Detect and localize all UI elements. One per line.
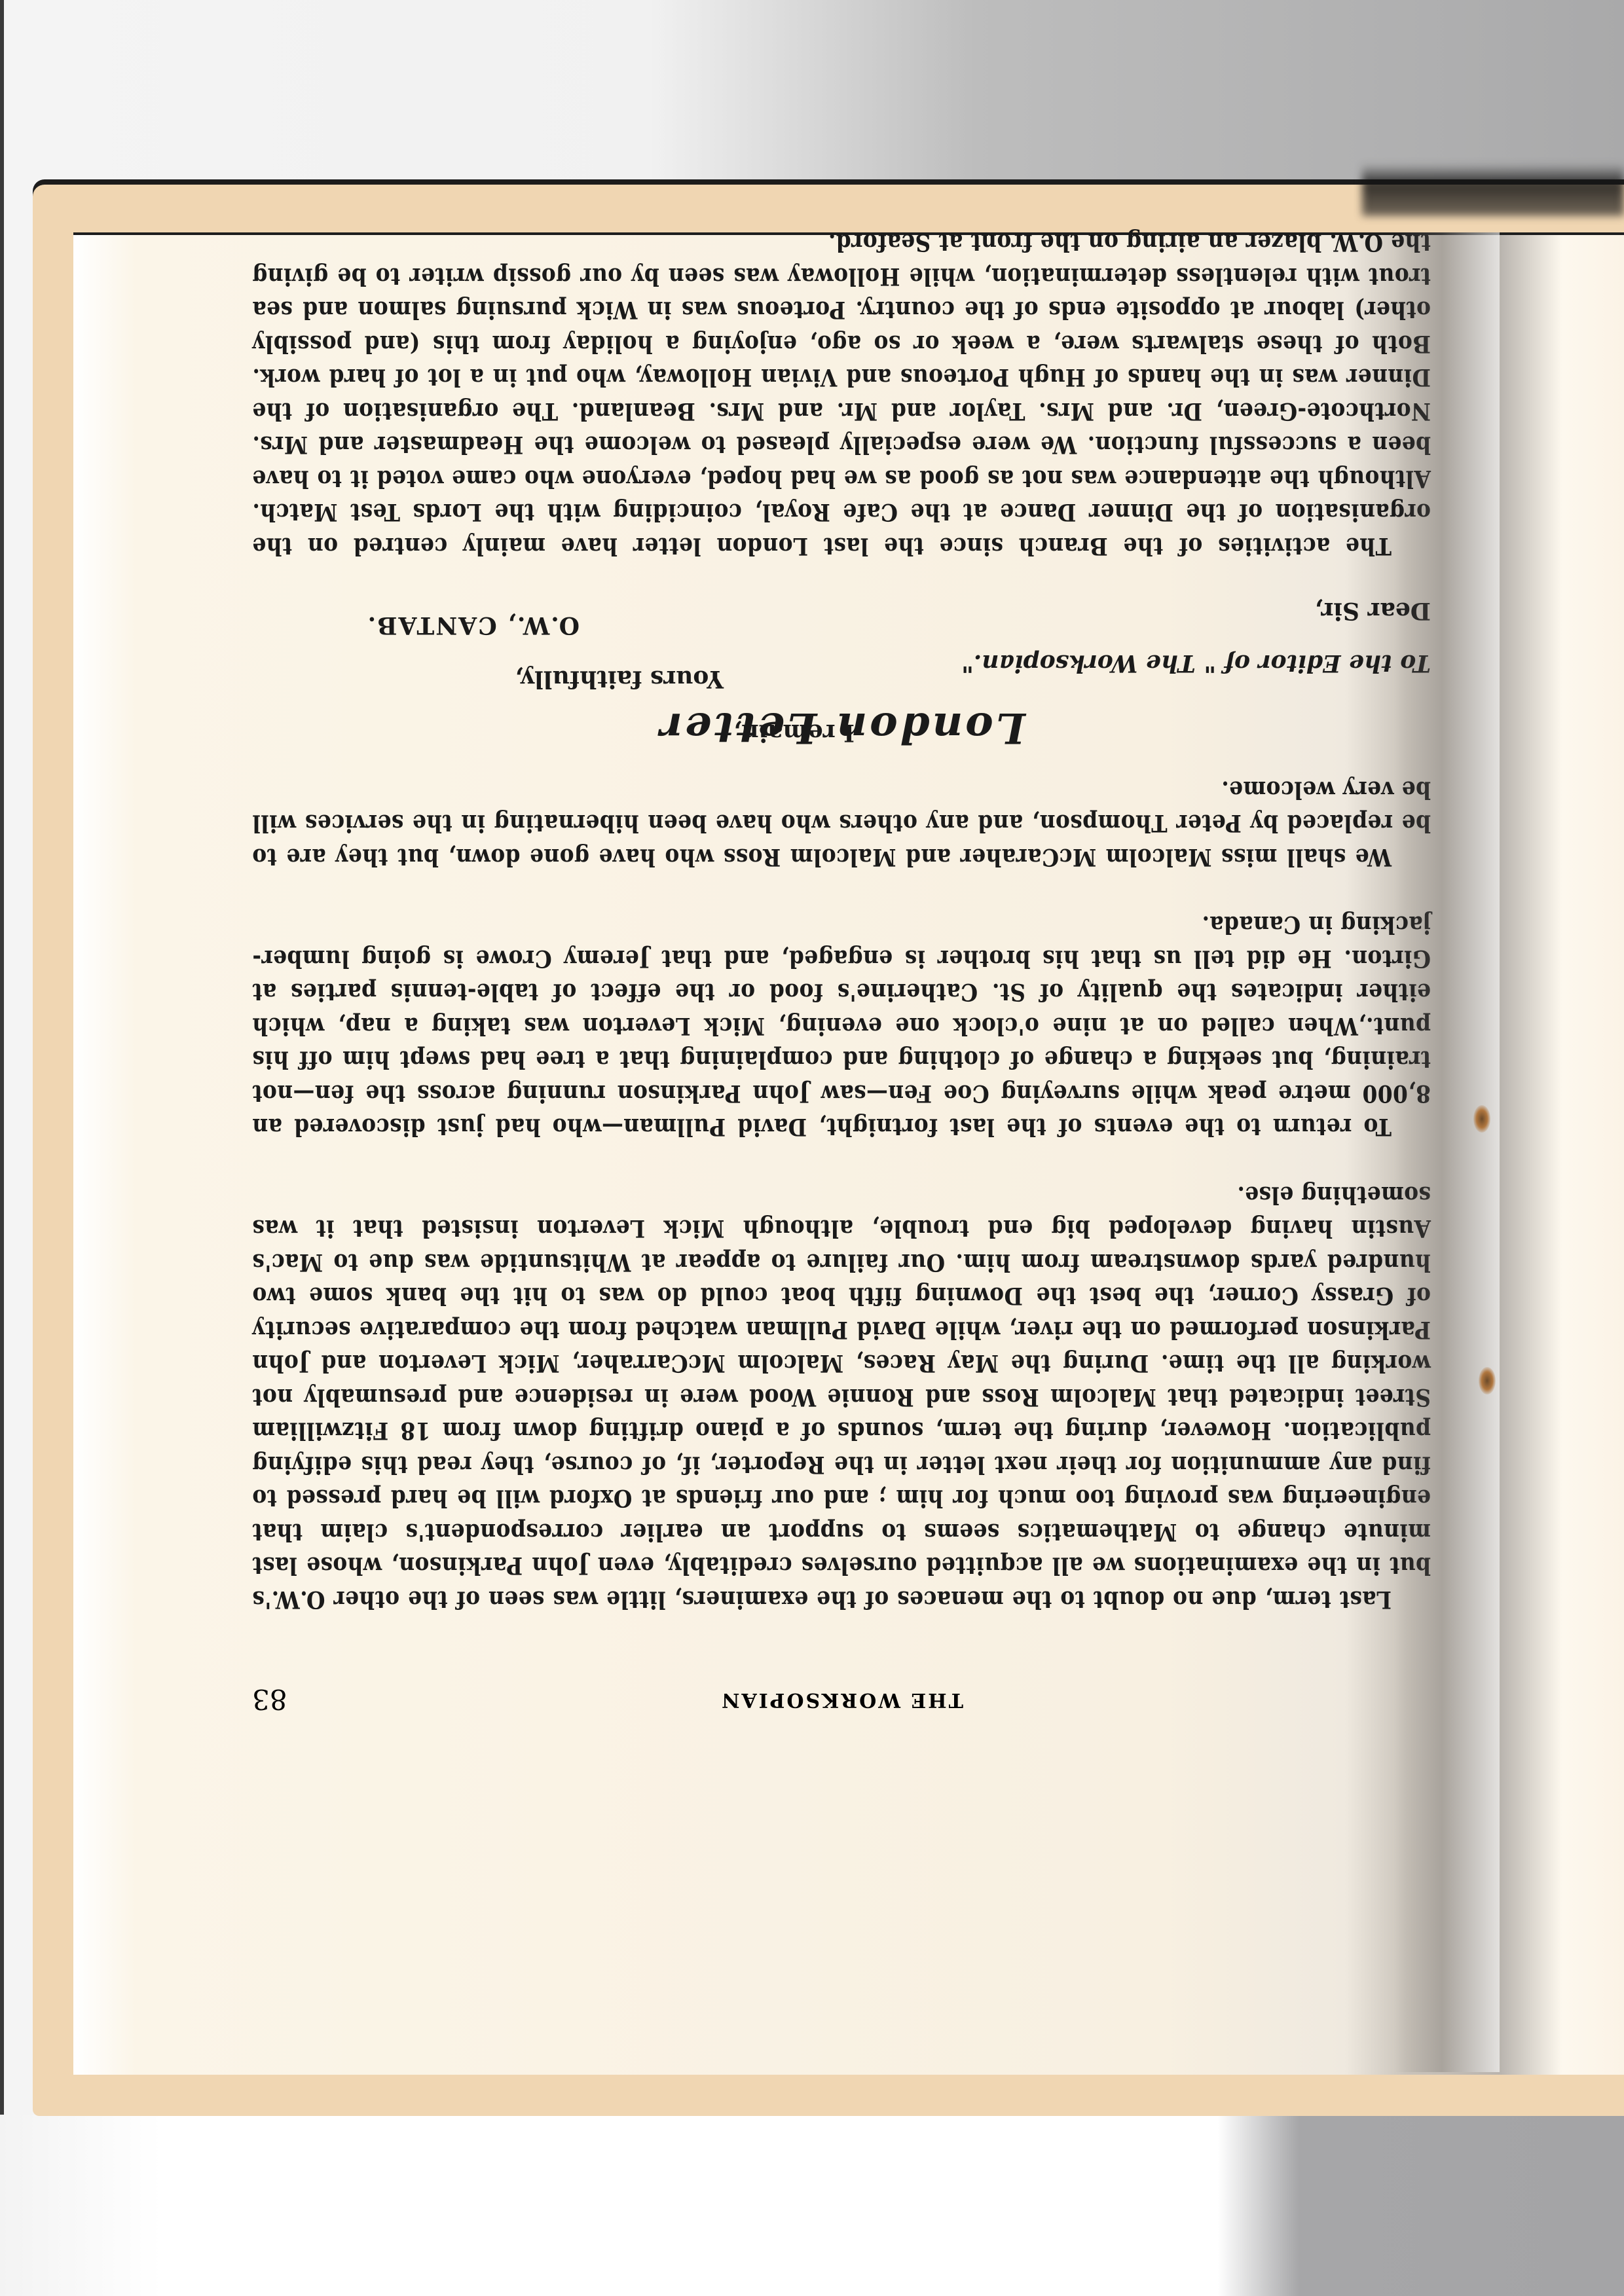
running-head: THE WORKSOPIAN 83	[252, 1672, 1431, 1711]
london-letter: London Letter To the Editor of " The Wor…	[252, 226, 1431, 752]
running-title: THE WORKSOPIAN	[720, 1688, 963, 1711]
spine-shadow	[1362, 164, 1624, 216]
page-number: 83	[252, 1683, 287, 1715]
book-page: THE WORKSOPIAN 83 Last term, due no doub…	[73, 232, 1624, 2075]
foxing-stain	[1473, 1105, 1490, 1133]
paragraph: We shall miss Malcolm McCaraher and Malc…	[252, 773, 1431, 875]
letter-salutation: Dear Sir,	[252, 597, 1431, 625]
letter-title: London Letter	[252, 703, 1431, 752]
foxing-stain	[1479, 1367, 1496, 1394]
article-continuation: Last term, due no doubt to the menaces o…	[252, 612, 1431, 1617]
scan-edge	[0, 0, 4, 2296]
letter-addressee: To the Editor of " The Worksopian."	[252, 649, 1431, 677]
page-content-rotated: THE WORKSOPIAN 83 Last term, due no doub…	[73, 235, 1624, 2075]
scan-background-bottom	[0, 2115, 1624, 2296]
page-gutter-shadow	[1395, 232, 1500, 2072]
paragraph: Last term, due no doubt to the menaces o…	[252, 1178, 1431, 1617]
paragraph: The activities of the Branch since the l…	[252, 226, 1431, 563]
paragraph: To return to the events of the last fort…	[252, 908, 1431, 1144]
